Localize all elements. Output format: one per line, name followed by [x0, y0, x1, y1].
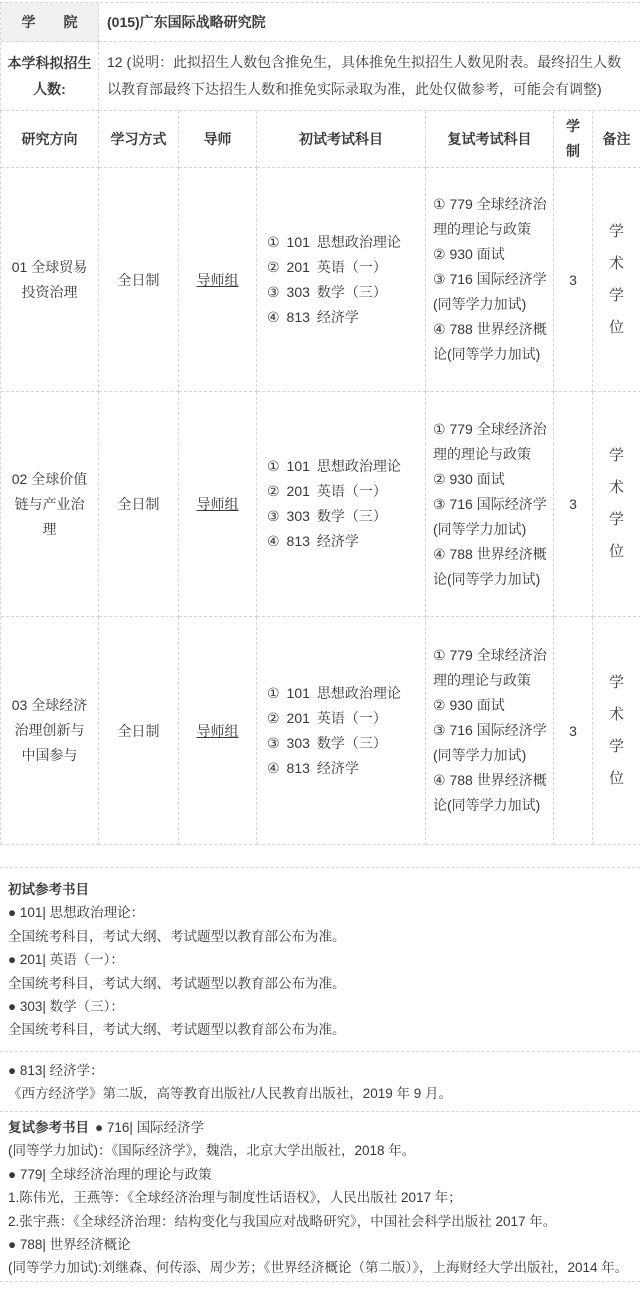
book-item-desc: 全国统考科目，考试大纲、考试题型以教育部公布为准。 — [8, 1018, 632, 1041]
exam-line: ④ 813 经济学 — [267, 529, 401, 554]
direction-text: 02 全球价值链与产业治理 — [1, 467, 98, 542]
table-row2-initial-exams: ① 101 思想政治理论 ② 201 英语（一） ③ 303 数学（三） ④ 8… — [257, 392, 426, 617]
exam-line: ③ 303 数学（三） — [267, 731, 401, 756]
quota-label-text: 本学科拟招生人数: — [1, 50, 98, 102]
exam-line: ② 201 英语（一） — [267, 479, 401, 504]
book-item-name: ● 779| 全球经济治理的理论与政策 — [8, 1163, 632, 1186]
exam-line: ③ 303 数学（三） — [267, 280, 401, 305]
table-row3-retest-exams: ① 779 全球经济治理的理论与政策 ② 930 面试 ③ 716 国际经济学(… — [426, 617, 554, 845]
book-813-block: ● 813| 经济学： 《西方经济学》第二版，高等教育出版社/人民教育出版社，2… — [0, 1051, 640, 1111]
advisor-link[interactable]: 导师组 — [197, 270, 239, 290]
table-row1-initial-exams: ① 101 思想政治理论 ② 201 英语（一） ③ 303 数学（三） ④ 8… — [257, 168, 426, 392]
table-row3-mode: 全日制 — [99, 617, 179, 845]
initial-books-block: 初试参考书目 ● 101| 思想政治理论： 全国统考科目，考试大纲、考试题型以教… — [0, 867, 640, 1051]
degree-type-text: 学术学位 — [608, 216, 625, 344]
table-row1-duration: 3 — [554, 168, 593, 392]
exam-line: ③ 716 国际经济学(同等学力加试) — [433, 492, 549, 542]
header-duration-text: 学制 — [566, 114, 580, 164]
book-item-desc: (同等学力加试)：《国际经济学》，魏浩，北京大学出版社，2018 年。 — [8, 1139, 632, 1162]
book-item-desc: 2.张宇燕：《全球经济治理：结构变化与我国应对战略研究》，中国社会科学出版社 2… — [8, 1210, 632, 1233]
retest-books-block: 复试参考书目● 716| 国际经济学 (同等学力加试)：《国际经济学》，魏浩，北… — [0, 1111, 640, 1282]
exam-line: ② 201 英语（一） — [267, 255, 401, 280]
quota-value: 12 (说明：此拟招生人数包含推免生，具体推免生拟招生人数见附表。最终招生人数以… — [99, 42, 640, 111]
header-retest-exams: 复试考试科目 — [426, 111, 554, 168]
exam-line: ④ 813 经济学 — [267, 756, 401, 781]
book-item-name: ● 303| 数学（三）： — [8, 995, 632, 1018]
exam-line: ④ 788 世界经济概论(同等学力加试) — [433, 768, 549, 818]
header-duration: 学制 — [554, 111, 593, 168]
book-item-desc: 《西方经济学》第二版，高等教育出版社/人民教育出版社，2019 年 9 月。 — [8, 1082, 632, 1105]
exam-line: ④ 788 世界经济概论(同等学力加试) — [433, 317, 549, 367]
programs-table: 研究方向 学习方式 导师 初试考试科目 复试考试科目 学制 备注 01 全球贸易… — [0, 111, 640, 845]
initial-exam-list: ① 101 思想政治理论 ② 201 英语（一） ③ 303 数学（三） ④ 8… — [257, 448, 405, 560]
table-row1-retest-exams: ① 779 全球经济治理的理论与政策 ② 930 面试 ③ 716 国际经济学(… — [426, 168, 554, 392]
table-row2-duration: 3 — [554, 392, 593, 617]
retest-books-title: 复试参考书目 — [8, 1120, 89, 1135]
book-item-name: ● 788| 世界经济概论 — [8, 1233, 632, 1256]
exam-line: ① 779 全球经济治理的理论与政策 — [433, 192, 549, 242]
exam-line: ② 930 面试 — [433, 467, 549, 492]
book-item-desc: 1.陈伟光，王燕等：《全球经济治理与制度性话语权》，人民出版社 2017 年； — [8, 1186, 632, 1209]
direction-text: 01 全球贸易投资治理 — [1, 255, 98, 305]
retest-exam-list: ① 779 全球经济治理的理论与政策 ② 930 面试 ③ 716 国际经济学(… — [426, 411, 553, 598]
book-item-name: ● 201| 英语（一）： — [8, 948, 632, 971]
exam-line: ④ 788 世界经济概论(同等学力加试) — [433, 542, 549, 592]
reference-books-section: 初试参考书目 ● 101| 思想政治理论： 全国统考科目，考试大纲、考试题型以教… — [0, 867, 640, 1282]
degree-type-text: 学术学位 — [608, 440, 625, 568]
initial-exam-list: ① 101 思想政治理论 ② 201 英语（一） ③ 303 数学（三） ④ 8… — [257, 224, 405, 336]
direction-text: 03 全球经济治理创新与中国参与 — [1, 693, 98, 768]
exam-line: ③ 716 国际经济学(同等学力加试) — [433, 267, 549, 317]
exam-line: ① 101 思想政治理论 — [267, 454, 401, 479]
exam-line: ① 101 思想政治理论 — [267, 681, 401, 706]
advisor-link[interactable]: 导师组 — [197, 721, 239, 741]
info-table: 学 院 (015)广东国际战略研究院 本学科拟招生人数: 12 (说明：此拟招生… — [0, 2, 640, 111]
book-item-desc: (同等学力加试):刘继森、何传添、周少芳；《世界经济概论（第二版）》，上海财经大… — [8, 1256, 632, 1279]
table-row1-direction: 01 全球贸易投资治理 — [1, 168, 99, 392]
initial-exam-list: ① 101 思想政治理论 ② 201 英语（一） ③ 303 数学（三） ④ 8… — [257, 675, 405, 787]
table-row1-mode: 全日制 — [99, 168, 179, 392]
table-row2-retest-exams: ① 779 全球经济治理的理论与政策 ② 930 面试 ③ 716 国际经济学(… — [426, 392, 554, 617]
table-row3-note: 学术学位 — [593, 617, 640, 845]
table-row2-direction: 02 全球价值链与产业治理 — [1, 392, 99, 617]
header-initial-exams: 初试考试科目 — [257, 111, 426, 168]
book-item-desc: 全国统考科目，考试大纲、考试题型以教育部公布为准。 — [8, 925, 632, 948]
table-row1-advisor: 导师组 — [179, 168, 257, 392]
book-item-name: ● 101| 思想政治理论： — [8, 901, 632, 924]
retest-exam-list: ① 779 全球经济治理的理论与政策 ② 930 面试 ③ 716 国际经济学(… — [426, 637, 553, 824]
book-item-desc: 全国统考科目，考试大纲、考试题型以教育部公布为准。 — [8, 972, 632, 995]
exam-line: ① 779 全球经济治理的理论与政策 — [433, 417, 549, 467]
exam-line: ③ 303 数学（三） — [267, 504, 401, 529]
header-note: 备注 — [593, 111, 640, 168]
college-value: (015)广东国际战略研究院 — [99, 3, 640, 42]
degree-type-text: 学术学位 — [608, 667, 625, 795]
exam-line: ① 779 全球经济治理的理论与政策 — [433, 643, 549, 693]
header-study-mode: 学习方式 — [99, 111, 179, 168]
admissions-page: 学 院 (015)广东国际战略研究院 本学科拟招生人数: 12 (说明：此拟招生… — [0, 0, 640, 1290]
table-row3-direction: 03 全球经济治理创新与中国参与 — [1, 617, 99, 845]
initial-books-title: 初试参考书目 — [8, 878, 632, 901]
retest-books-title-line: 复试参考书目● 716| 国际经济学 — [8, 1116, 632, 1139]
table-row1-note: 学术学位 — [593, 168, 640, 392]
exam-line: ① 101 思想政治理论 — [267, 230, 401, 255]
table-row3-initial-exams: ① 101 思想政治理论 ② 201 英语（一） ③ 303 数学（三） ④ 8… — [257, 617, 426, 845]
exam-line: ② 201 英语（一） — [267, 706, 401, 731]
table-row2-advisor: 导师组 — [179, 392, 257, 617]
quota-label: 本学科拟招生人数: — [1, 42, 99, 111]
table-row2-mode: 全日制 — [99, 392, 179, 617]
exam-line: ② 930 面试 — [433, 693, 549, 718]
table-row3-duration: 3 — [554, 617, 593, 845]
table-row3-advisor: 导师组 — [179, 617, 257, 845]
retest-exam-list: ① 779 全球经济治理的理论与政策 ② 930 面试 ③ 716 国际经济学(… — [426, 186, 553, 373]
advisor-link[interactable]: 导师组 — [197, 494, 239, 514]
exam-line: ③ 716 国际经济学(同等学力加试) — [433, 718, 549, 768]
header-advisor: 导师 — [179, 111, 257, 168]
college-label: 学 院 — [1, 3, 99, 42]
exam-line: ④ 813 经济学 — [267, 305, 401, 330]
book-item-name: ● 813| 经济学： — [8, 1059, 632, 1082]
table-row2-note: 学术学位 — [593, 392, 640, 617]
exam-line: ② 930 面试 — [433, 242, 549, 267]
header-research-direction: 研究方向 — [1, 111, 99, 168]
book-item-name: ● 716| 国际经济学 — [95, 1120, 204, 1135]
